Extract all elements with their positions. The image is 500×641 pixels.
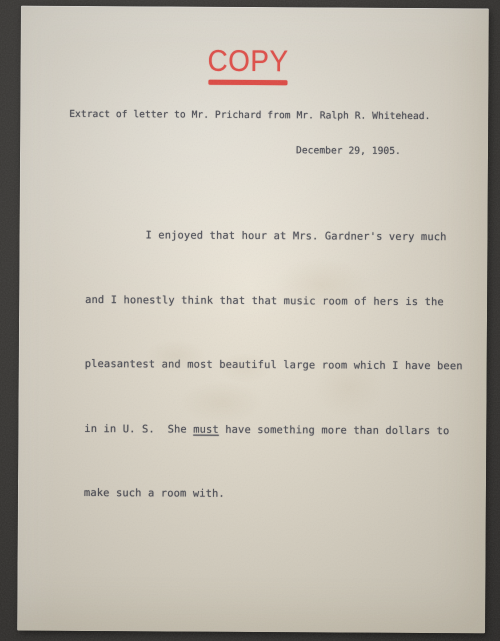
copy-stamp-underline xyxy=(208,80,287,85)
photo-background: COPY Extract of letter to Mr. Prichard f… xyxy=(0,0,500,641)
body-line-4: in in U. S. She must have something more… xyxy=(84,418,480,442)
body-line-5: make such a room with. xyxy=(84,483,480,507)
copy-stamp-text: COPY xyxy=(207,45,288,79)
letter-page: COPY Extract of letter to Mr. Prichard f… xyxy=(17,6,489,634)
body-line-2: and I honestly think that that music roo… xyxy=(85,289,481,313)
letter-date: December 29, 1905. xyxy=(296,145,401,157)
body-line-1: I enjoyed that hour at Mrs. Gardner's ve… xyxy=(85,225,481,249)
letter-body: I enjoyed that hour at Mrs. Gardner's ve… xyxy=(84,182,482,550)
body-line-4-underlined-word: must xyxy=(193,423,219,435)
body-line-3: pleasantest and most beautiful large roo… xyxy=(85,354,481,378)
letter-heading: Extract of letter to Mr. Prichard from M… xyxy=(69,109,430,122)
body-line-4-post: have something more than dollars to xyxy=(219,423,450,436)
body-line-4-pre: in in U. S. She xyxy=(84,422,193,435)
